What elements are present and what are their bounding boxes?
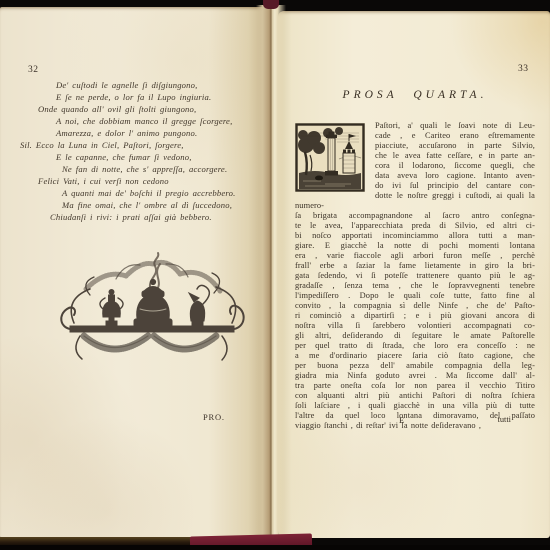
prose-line: dotte le noſtre greggi i cuſtodi, ai qua… xyxy=(295,191,535,211)
prose-line: ſa brigata accompagnandone al ſacro antr… xyxy=(295,211,535,221)
prose-line: giadra mia Ninfa goduto avrei . Ma ſicco… xyxy=(295,371,535,381)
poem-line: Onde quando all' ovil gli ſtolti giungon… xyxy=(20,103,252,115)
prose-line: ri cominciò a dipartirſi ; e i più giova… xyxy=(295,311,535,321)
prose-line: l'impediſſero . Dopo le quali coſe tutte… xyxy=(295,291,535,301)
prose-line: te le avea, l'apparecchiata preda di Sil… xyxy=(295,221,535,231)
right-page: 33 PROSA QUARTA. xyxy=(278,11,550,538)
poem-block: De' cuſtodi le agnelle ſi diſgiungono, E… xyxy=(20,79,252,223)
prose-line: per quel tratto di ſtrada, che loro era … xyxy=(295,341,535,351)
urn-garland-vignette-illustration xyxy=(56,249,248,374)
prose-line: bi noſco apportati incominciammo allora … xyxy=(295,231,535,241)
background-bottom xyxy=(0,545,550,550)
prose-line: giare. E giacchè la notte di pochi momen… xyxy=(295,241,535,251)
poem-line: E ſe ne perde, o lor fa il Lupo ingiuria… xyxy=(20,91,252,103)
poem-line: Ne fan di notte, che s' appreſſa, accorg… xyxy=(20,163,252,175)
prose-block: Paſtori, a' quali le ſoavi note di Leu- … xyxy=(295,121,535,431)
prose-line: gradaſſe , ſenza tema , che le ſopravveg… xyxy=(295,281,535,291)
prose-line: con alquanti altri più antichi Paſtori d… xyxy=(295,391,535,401)
poem-line-speaker: Sil. Ecco la Luna in Ciel, Paſtori, ſorg… xyxy=(20,139,252,151)
prose-line: noſtra villa ſi ſarebbero volontieri acc… xyxy=(295,321,535,331)
prose-line: gli altri, deſiderando di ſeguitare le a… xyxy=(295,331,535,341)
poem-line: A quanti mai de' boſchi il pregio accreb… xyxy=(20,187,252,199)
prose-line: convito , la compagnia sì delle Ninfe , … xyxy=(295,301,535,311)
prose-line: gata ſedendo, vi ſi poteſſe trattenere q… xyxy=(295,271,535,281)
prose-line: a me d'ordinario piacere ſaria ciò ſtato… xyxy=(295,351,535,361)
page-number-right: 33 xyxy=(518,64,529,74)
left-page: 32 De' cuſtodi le agnelle ſi diſgiungono… xyxy=(0,7,267,538)
catchword-left: PRO. xyxy=(203,412,225,422)
prose-line: era , varie fiaccole agli arbori furon m… xyxy=(295,251,535,261)
section-heading: PROSA QUARTA. xyxy=(295,89,535,101)
catchword-right: tutti xyxy=(498,415,512,424)
prose-line: frall' erbe a ſaziar la fame lietamente … xyxy=(295,261,535,271)
signature-row: E tutti xyxy=(295,415,535,427)
prose-line: tra parte oneſta coſa lor non parea il v… xyxy=(295,381,535,391)
page-number-left: 32 xyxy=(28,65,39,75)
poem-line: De' cuſtodi le agnelle ſi diſgiungono, xyxy=(20,79,252,91)
poem-line: Felici Vati, i cui verſi non cedono xyxy=(20,175,252,187)
prose-line: ſoli laſciare , i quali giacchè in una v… xyxy=(295,401,535,411)
poem-line: A noi, che dobbiam manco il gregge ſcorg… xyxy=(20,115,252,127)
prose-line: per buona pezza dell' amabile compagnia … xyxy=(295,361,535,371)
book-cover-edge-top xyxy=(263,0,279,9)
poem-line: Chiudanſi i rivi: i prati aſſai già bebb… xyxy=(20,211,252,223)
poem-line: Amarezza, e dolor l' animo pungono. xyxy=(20,127,252,139)
poem-line: E le capanne, che fumar ſi vedono, xyxy=(20,151,252,163)
column-landscape-woodcut-illustration xyxy=(295,123,365,192)
gathering-signature-mark: E xyxy=(399,415,404,425)
poem-line: Ma fine omai, che l' ombre al dì ſuccedo… xyxy=(20,199,252,211)
